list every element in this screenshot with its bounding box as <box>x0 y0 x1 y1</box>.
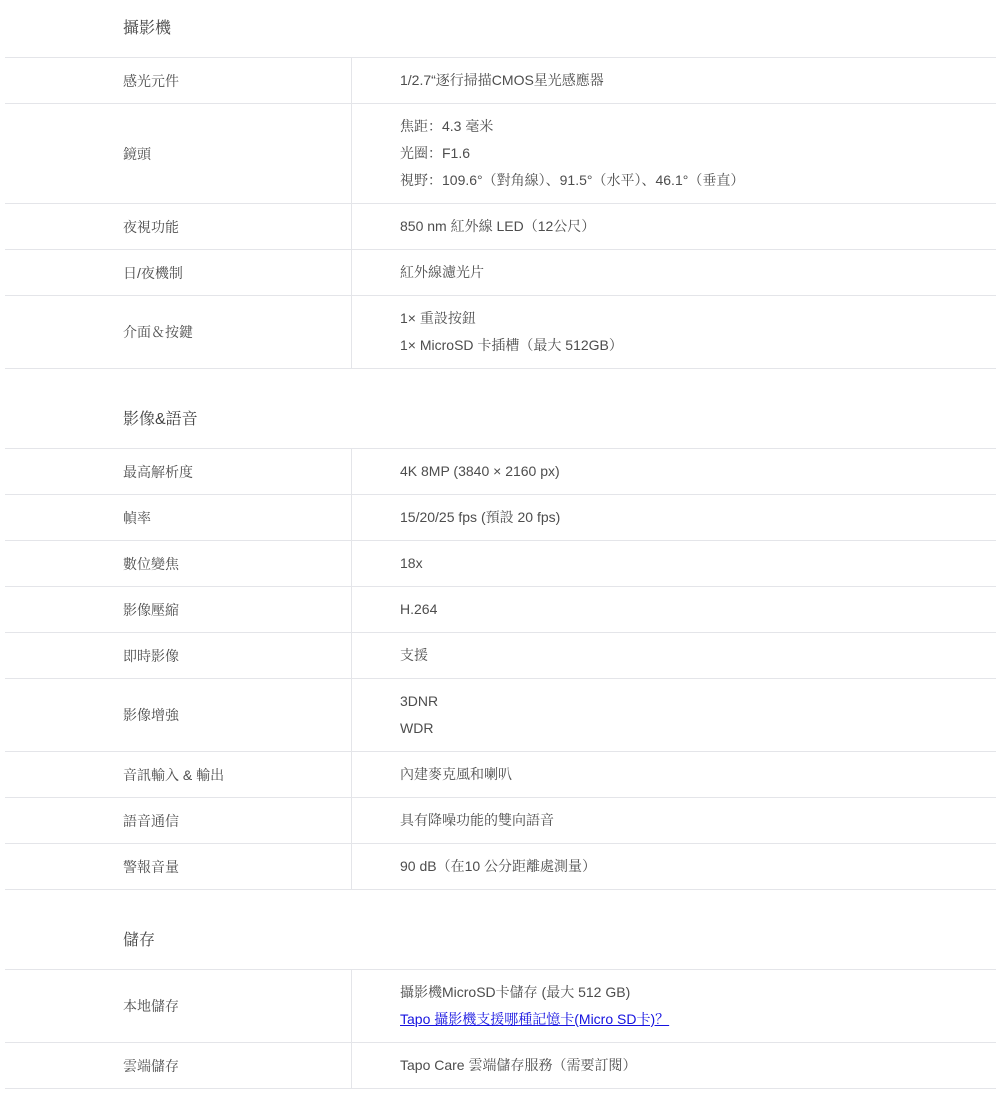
section-title-video-audio: 影像&語音 <box>0 369 1000 448</box>
spec-value-line: 15/20/25 fps (預設 20 fps) <box>400 504 966 531</box>
spec-value-line: 3DNR <box>400 688 966 715</box>
spec-label: 夜視功能 <box>5 204 351 249</box>
spec-row-day-night: 日/夜機制 紅外線濾光片 <box>5 249 996 295</box>
spec-value-line: WDR <box>400 715 966 742</box>
spec-value-line: 攝影機MicroSD卡儲存 (最大 512 GB) <box>400 979 966 1006</box>
spec-label: 即時影像 <box>5 633 351 678</box>
spec-label: 影像增強 <box>5 679 351 751</box>
spec-value-line: 1× 重設按鈕 <box>400 305 966 332</box>
spec-row-live-view: 即時影像 支援 <box>5 632 996 678</box>
spec-label: 語音通信 <box>5 798 351 843</box>
spec-value-line: 支援 <box>400 642 966 669</box>
spec-value: 內建麥克風和喇叭 <box>351 752 996 797</box>
spec-row-night-vision: 夜視功能 850 nm 紅外線 LED（12公尺） <box>5 203 996 249</box>
spec-value-line: 紅外線濾光片 <box>400 259 966 286</box>
spec-value: Tapo Care 雲端儲存服務（需要訂閱） <box>351 1043 996 1088</box>
spec-label: 音訊輸入 & 輸出 <box>5 752 351 797</box>
spec-row-alarm-volume: 警報音量 90 dB（在10 公分距離處測量） <box>5 843 996 889</box>
spec-value-line: 850 nm 紅外線 LED（12公尺） <box>400 213 966 240</box>
spec-label: 感光元件 <box>5 58 351 103</box>
spec-label: 鏡頭 <box>5 104 351 203</box>
spec-value: H.264 <box>351 587 996 632</box>
spec-value-line: 4K 8MP (3840 × 2160 px) <box>400 458 966 485</box>
spec-label: 介面＆按鍵 <box>5 296 351 368</box>
spec-value-line: 內建麥克風和喇叭 <box>400 761 966 788</box>
spec-value-line: 1× MicroSD 卡插槽（最大 512GB） <box>400 332 966 359</box>
spec-row-audio-io: 音訊輸入 & 輸出 內建麥克風和喇叭 <box>5 751 996 797</box>
spec-value: 攝影機MicroSD卡儲存 (最大 512 GB) Tapo 攝影機支援哪種記憶… <box>351 970 996 1042</box>
section-video-audio-rows: 最高解析度 4K 8MP (3840 × 2160 px) 幀率 15/20/2… <box>5 448 996 890</box>
spec-value-line: 焦距：4.3 毫米 <box>400 113 966 140</box>
spec-value: 1× 重設按鈕 1× MicroSD 卡插槽（最大 512GB） <box>351 296 996 368</box>
spec-row-voice-communication: 語音通信 具有降噪功能的雙向語音 <box>5 797 996 843</box>
spec-label: 數位變焦 <box>5 541 351 586</box>
spec-value: 4K 8MP (3840 × 2160 px) <box>351 449 996 494</box>
spec-value-line: H.264 <box>400 596 966 623</box>
section-title-camera: 攝影機 <box>0 0 1000 57</box>
spec-label: 日/夜機制 <box>5 250 351 295</box>
spec-table: 攝影機 感光元件 1/2.7“逐行掃描CMOS星光感應器 鏡頭 焦距：4.3 毫… <box>0 0 1000 1110</box>
spec-value-line: 1/2.7“逐行掃描CMOS星光感應器 <box>400 67 966 94</box>
section-title-storage: 儲存 <box>0 890 1000 969</box>
spec-value: 3DNR WDR <box>351 679 996 751</box>
spec-row-sensor: 感光元件 1/2.7“逐行掃描CMOS星光感應器 <box>5 57 996 103</box>
spec-row-local-storage: 本地儲存 攝影機MicroSD卡儲存 (最大 512 GB) Tapo 攝影機支… <box>5 969 996 1042</box>
spec-value: 18x <box>351 541 996 586</box>
spec-value: 紅外線濾光片 <box>351 250 996 295</box>
spec-row-video-compression: 影像壓縮 H.264 <box>5 586 996 632</box>
spec-value-line: 18x <box>400 550 966 577</box>
section-camera: 攝影機 感光元件 1/2.7“逐行掃描CMOS星光感應器 鏡頭 焦距：4.3 毫… <box>0 0 1000 369</box>
spec-value: 15/20/25 fps (預設 20 fps) <box>351 495 996 540</box>
spec-row-frame-rate: 幀率 15/20/25 fps (預設 20 fps) <box>5 494 996 540</box>
spec-value: 1/2.7“逐行掃描CMOS星光感應器 <box>351 58 996 103</box>
spec-label: 幀率 <box>5 495 351 540</box>
spec-value-line: 具有降噪功能的雙向語音 <box>400 807 966 834</box>
spec-row-interface-buttons: 介面＆按鍵 1× 重設按鈕 1× MicroSD 卡插槽（最大 512GB） <box>5 295 996 368</box>
memory-card-support-link[interactable]: Tapo 攝影機支援哪種記憶卡(Micro SD卡)？ <box>400 1011 669 1027</box>
spec-label: 雲端儲存 <box>5 1043 351 1088</box>
section-video-audio: 影像&語音 最高解析度 4K 8MP (3840 × 2160 px) 幀率 1… <box>0 369 1000 890</box>
spec-value: 850 nm 紅外線 LED（12公尺） <box>351 204 996 249</box>
spec-value: 具有降噪功能的雙向語音 <box>351 798 996 843</box>
spec-row-max-resolution: 最高解析度 4K 8MP (3840 × 2160 px) <box>5 448 996 494</box>
spec-value-line: 視野：109.6°（對角線）、91.5°（水平）、46.1°（垂直） <box>400 167 966 194</box>
spec-row-digital-zoom: 數位變焦 18x <box>5 540 996 586</box>
spec-row-cloud-storage: 雲端儲存 Tapo Care 雲端儲存服務（需要訂閱） <box>5 1042 996 1088</box>
spec-label: 本地儲存 <box>5 970 351 1042</box>
section-storage: 儲存 本地儲存 攝影機MicroSD卡儲存 (最大 512 GB) Tapo 攝… <box>0 890 1000 1089</box>
spec-value: 90 dB（在10 公分距離處測量） <box>351 844 996 889</box>
spec-label: 警報音量 <box>5 844 351 889</box>
spec-label: 最高解析度 <box>5 449 351 494</box>
section-camera-rows: 感光元件 1/2.7“逐行掃描CMOS星光感應器 鏡頭 焦距：4.3 毫米 光圈… <box>5 57 996 369</box>
spec-value-line: Tapo Care 雲端儲存服務（需要訂閱） <box>400 1052 966 1079</box>
spec-value-line: 90 dB（在10 公分距離處測量） <box>400 853 966 880</box>
spec-row-image-enhancement: 影像增強 3DNR WDR <box>5 678 996 751</box>
spec-row-lens: 鏡頭 焦距：4.3 毫米 光圈：F1.6 視野：109.6°（對角線）、91.5… <box>5 103 996 203</box>
spec-value-line: 光圈：F1.6 <box>400 140 966 167</box>
spec-value: 焦距：4.3 毫米 光圈：F1.6 視野：109.6°（對角線）、91.5°（水… <box>351 104 996 203</box>
section-storage-rows: 本地儲存 攝影機MicroSD卡儲存 (最大 512 GB) Tapo 攝影機支… <box>5 969 996 1089</box>
spec-label: 影像壓縮 <box>5 587 351 632</box>
spec-value: 支援 <box>351 633 996 678</box>
